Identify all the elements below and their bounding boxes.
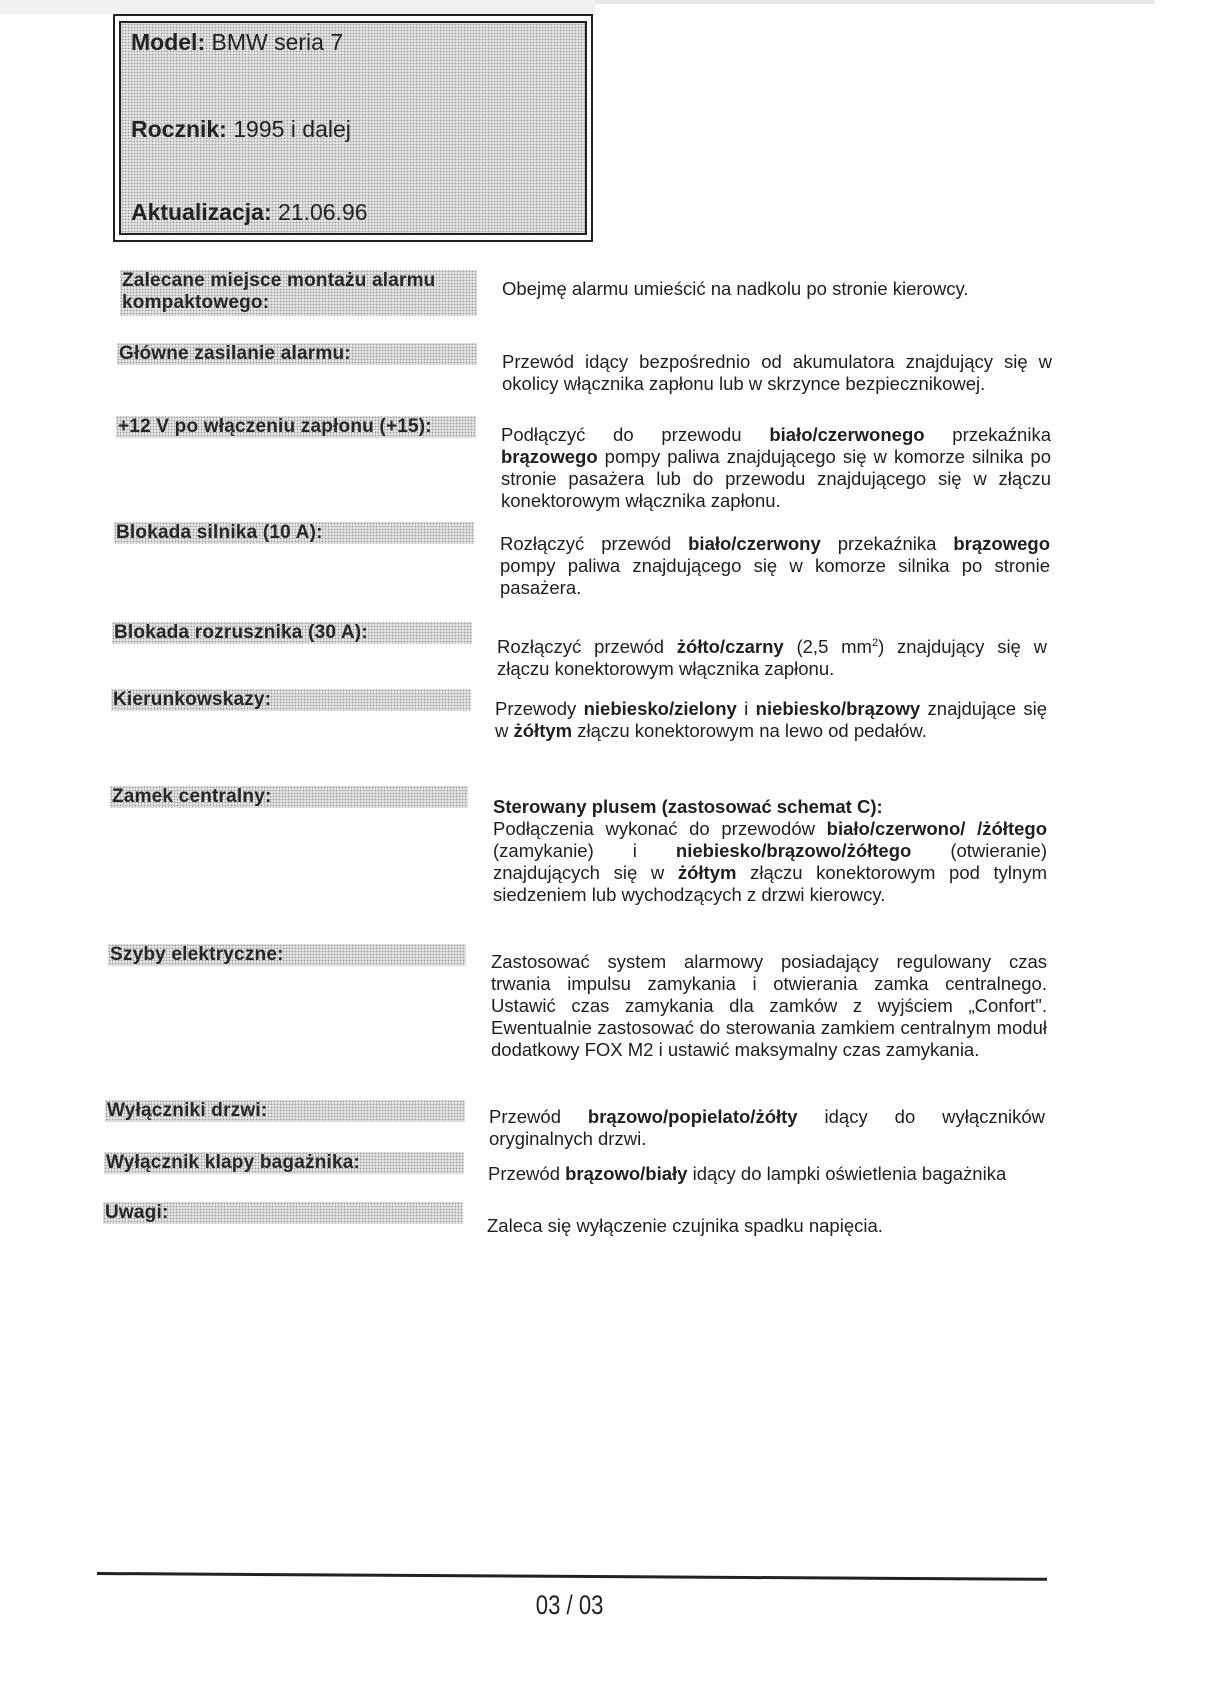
- text-segment: Podłączenia wykonać do przewodów: [493, 818, 827, 839]
- year-label: Rocznik:: [131, 116, 227, 142]
- model-line: Model: BMW seria 7: [131, 29, 343, 56]
- wire-color-text: niebiesko/brązowy: [756, 698, 921, 719]
- wire-color-text: brązowego: [953, 533, 1050, 554]
- text-segment: Przewód: [488, 1163, 565, 1184]
- text-segment: (zamykanie) i: [493, 840, 676, 861]
- text-segment: idący do lampki oświetlenia bagażnika: [687, 1163, 1006, 1184]
- text-segment: Rozłączyć przewód: [500, 533, 688, 554]
- text-segment: Obejmę alarmu umieścić na nadkolu po str…: [502, 278, 968, 299]
- wire-color-text: Sterowany plusem (zastosować schemat C):: [493, 796, 883, 817]
- vehicle-info-box: Model: BMW seria 7 Rocznik: 1995 i dalej…: [113, 14, 593, 242]
- wire-color-text: żółtym: [514, 720, 573, 741]
- text-segment: Zastosować system alarmowy posiadający r…: [491, 951, 1047, 1060]
- field-label: Szyby elektryczne:: [108, 944, 466, 966]
- text-segment: Podłączyć do przewodu: [501, 424, 769, 445]
- wire-color-text: brązowego: [501, 446, 598, 467]
- field-value: Rozłączyć przewód żółto/czarny (2,5 mm2)…: [497, 632, 1047, 680]
- text-segment: Przewody: [495, 698, 584, 719]
- field-value: Zastosować system alarmowy posiadający r…: [491, 951, 1047, 1061]
- text-segment: (2,5 mm: [784, 636, 872, 657]
- text-segment: przekaźnika: [821, 533, 954, 554]
- field-value: Przewód brązowo/biały idący do lampki oś…: [488, 1163, 1044, 1185]
- text-segment: pompy paliwa znajdującego się w komorze …: [500, 555, 1050, 598]
- field-label: Zamek centralny:: [110, 786, 468, 808]
- field-value: Przewody niebiesko/zielony i niebiesko/b…: [495, 698, 1047, 742]
- text-segment: przekaźnika: [925, 424, 1051, 445]
- model-value: BMW seria 7: [212, 29, 344, 55]
- scan-edge: [0, 0, 595, 14]
- field-label: +12 V po włączeniu zapłonu (+15):: [116, 416, 476, 438]
- wire-color-text: niebiesko/brązowo/żółtego: [676, 840, 911, 861]
- wire-color-text: brązowo/biały: [565, 1163, 687, 1184]
- field-value: Przewód idący bezpośrednio od akumulator…: [502, 351, 1052, 395]
- update-value: 21.06.96: [278, 199, 368, 225]
- field-label: Uwagi:: [103, 1202, 463, 1224]
- wire-color-text: brązowo/popielato/żółty: [588, 1106, 798, 1127]
- field-label: Wyłącznik klapy bagażnika:: [104, 1152, 464, 1174]
- field-label: Blokada rozrusznika (30 A):: [112, 622, 472, 644]
- wire-color-text: niebiesko/zielony: [584, 698, 737, 719]
- wire-color-text: biało/czerwonego: [769, 424, 924, 445]
- field-value: Sterowany plusem (zastosować schemat C):…: [493, 796, 1047, 906]
- update-line: Aktualizacja: 21.06.96: [131, 199, 368, 226]
- field-label: Zalecane miejsce montażu alarmu kompakto…: [120, 270, 477, 316]
- vehicle-info-inner: Model: BMW seria 7 Rocznik: 1995 i dalej…: [119, 21, 587, 235]
- page-number: 03 / 03: [102, 1590, 1037, 1621]
- text-segment: złączu konektorowym na lewo od pedałów.: [572, 720, 927, 741]
- field-value: Zaleca się wyłączenie czujnika spadku na…: [487, 1215, 1043, 1237]
- field-label: Wyłączniki drzwi:: [105, 1100, 465, 1122]
- scan-edge: [595, 0, 1155, 4]
- wire-color-text: biało/czerwony: [688, 533, 821, 554]
- wire-color-text: żółto/czarny: [677, 636, 784, 657]
- model-label: Model:: [131, 29, 205, 55]
- field-value: Obejmę alarmu umieścić na nadkolu po str…: [502, 278, 1052, 300]
- text-segment: Przewód: [489, 1106, 588, 1127]
- field-label: Kierunkowskazy:: [111, 689, 471, 711]
- text-segment: Przewód idący bezpośrednio od akumulator…: [502, 351, 1052, 394]
- field-value: Przewód brązowo/popielato/żółty idący do…: [489, 1106, 1045, 1150]
- field-value: Rozłączyć przewód biało/czerwony przekaź…: [500, 533, 1050, 599]
- field-label: Blokada silnika (10 A):: [114, 522, 474, 544]
- field-value: Podłączyć do przewodu biało/czerwonego p…: [501, 424, 1051, 512]
- year-line: Rocznik: 1995 i dalej: [131, 116, 351, 143]
- field-label: Główne zasilanie alarmu:: [117, 343, 477, 365]
- wire-color-text: biało/czerwono/ /żółtego: [827, 818, 1047, 839]
- footer-rule: [97, 1572, 1047, 1581]
- text-segment: Zaleca się wyłączenie czujnika spadku na…: [487, 1215, 883, 1236]
- wire-color-text: żółtym: [678, 862, 737, 883]
- year-value: 1995 i dalej: [233, 116, 351, 142]
- text-segment: i: [737, 698, 756, 719]
- text-segment: Rozłączyć przewód: [497, 636, 677, 657]
- update-label: Aktualizacja:: [131, 199, 272, 225]
